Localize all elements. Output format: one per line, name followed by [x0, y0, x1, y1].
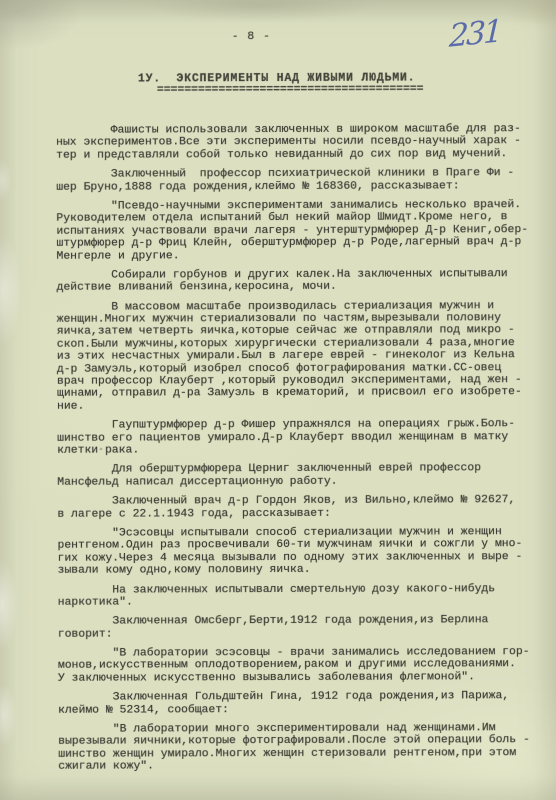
- text-line: говорит:: [58, 627, 530, 641]
- text-line: шер Бруно,1888 года рождения,клеймо № 16…: [56, 180, 528, 194]
- text-line: действие вливаний бензина,керосина, мочи…: [57, 280, 529, 294]
- text-line: Менгерле и другие.: [56, 249, 528, 263]
- text-line: щинами, отправил д-ра Замуэль в крематор…: [57, 387, 529, 401]
- paragraph: Собирали горбунов и других калек.На закл…: [57, 268, 529, 294]
- text-line: Для оберштурмфюрера Церниг заключенный е…: [57, 462, 529, 476]
- typed-content: - 8 - 1У. ЭКСПЕРИМЕНТЫ НАД ЖИВЫМИ ЛЮДЬМИ…: [0, 0, 556, 800]
- text-line: клетки рака.: [57, 443, 529, 457]
- text-line: Гаупштурмфюрер д-р Фишер упражнялся на о…: [57, 418, 529, 432]
- paragraph: Заключенный врач д-р Гордон Яков, из Вил…: [57, 494, 529, 520]
- text-line: У заключенных искусственно вызывались за…: [58, 671, 530, 685]
- paragraph: "Псевдо-научными экспериментами занимали…: [56, 199, 528, 263]
- page-number: - 8 -: [232, 31, 271, 43]
- paragraph: Заключенная Омсберг,Берти,1912 года рожд…: [58, 614, 530, 640]
- text-line: шинство его пациентов умирало.Д-р Клаубе…: [57, 431, 529, 445]
- document-body: Фашисты использовали заключенных в широк…: [56, 123, 530, 780]
- text-line: зывали кому одно,кому половину яичка.: [58, 563, 530, 577]
- paragraph: "В лаборатории много экспериментировали …: [58, 722, 530, 773]
- paragraph: Заключенный профессор психиатрической кл…: [56, 167, 528, 193]
- text-line: сжигали кожу".: [58, 759, 530, 773]
- text-line: наркотика".: [58, 595, 530, 609]
- text-line: из этих несчастных умирали.Был в лагере …: [57, 349, 529, 363]
- paragraph: В массовом масштабе производилась стериа…: [57, 300, 529, 413]
- paragraph: Для оберштурмфюрера Церниг заключенный е…: [57, 462, 529, 488]
- text-line: тер и представляли собой только невиданн…: [56, 148, 528, 162]
- text-line: гих кожу.Через 4 месяца вызывали по одно…: [58, 551, 530, 565]
- text-line: Мансфельд написал диссертационную работу…: [57, 475, 529, 489]
- paragraph: Гаупштурмфюрер д-р Фишер упражнялся на о…: [57, 418, 529, 457]
- text-line: в лагере с 22.1.1943 года, рассказывает:: [57, 507, 529, 521]
- text-line: ние.: [57, 399, 529, 413]
- paragraph: "Эсэсовцы испытывали способ стериализаци…: [57, 526, 529, 577]
- text-line: Заключенная Омсберг,Берти,1912 года рожд…: [58, 614, 530, 628]
- paragraph: На заключенных испытывали смертельную до…: [58, 583, 530, 609]
- paragraph: Заключенная Гольдштейн Гина, 1912 года р…: [58, 690, 530, 716]
- text-line: Заключенная Гольдштейн Гина, 1912 года р…: [58, 690, 530, 704]
- text-line: шинство женщин умирало.Многих женщин сте…: [58, 747, 530, 761]
- document-page-scan: - 8 - 1У. ЭКСПЕРИМЕНТЫ НАД ЖИВЫМИ ЛЮДЬМИ…: [0, 0, 556, 800]
- paragraph: "В лаборатории эсэсовцы - врачи занимали…: [58, 646, 530, 685]
- handwritten-page-number: 231: [449, 13, 502, 55]
- text-line: Заключенный профессор психиатрической кл…: [56, 167, 528, 181]
- text-line: клеймо № 52314, сообщает:: [58, 703, 530, 717]
- heading-underline: =======================================: [157, 83, 424, 96]
- text-line: На заключенных испытывали смертельную до…: [58, 583, 530, 597]
- text-line: штурмфюрер д-р Фриц Клейн, оберштурмфюре…: [56, 236, 528, 250]
- text-line: Заключенный врач д-р Гордон Яков, из Вил…: [57, 494, 529, 508]
- paragraph: Фашисты использовали заключенных в широк…: [56, 123, 528, 162]
